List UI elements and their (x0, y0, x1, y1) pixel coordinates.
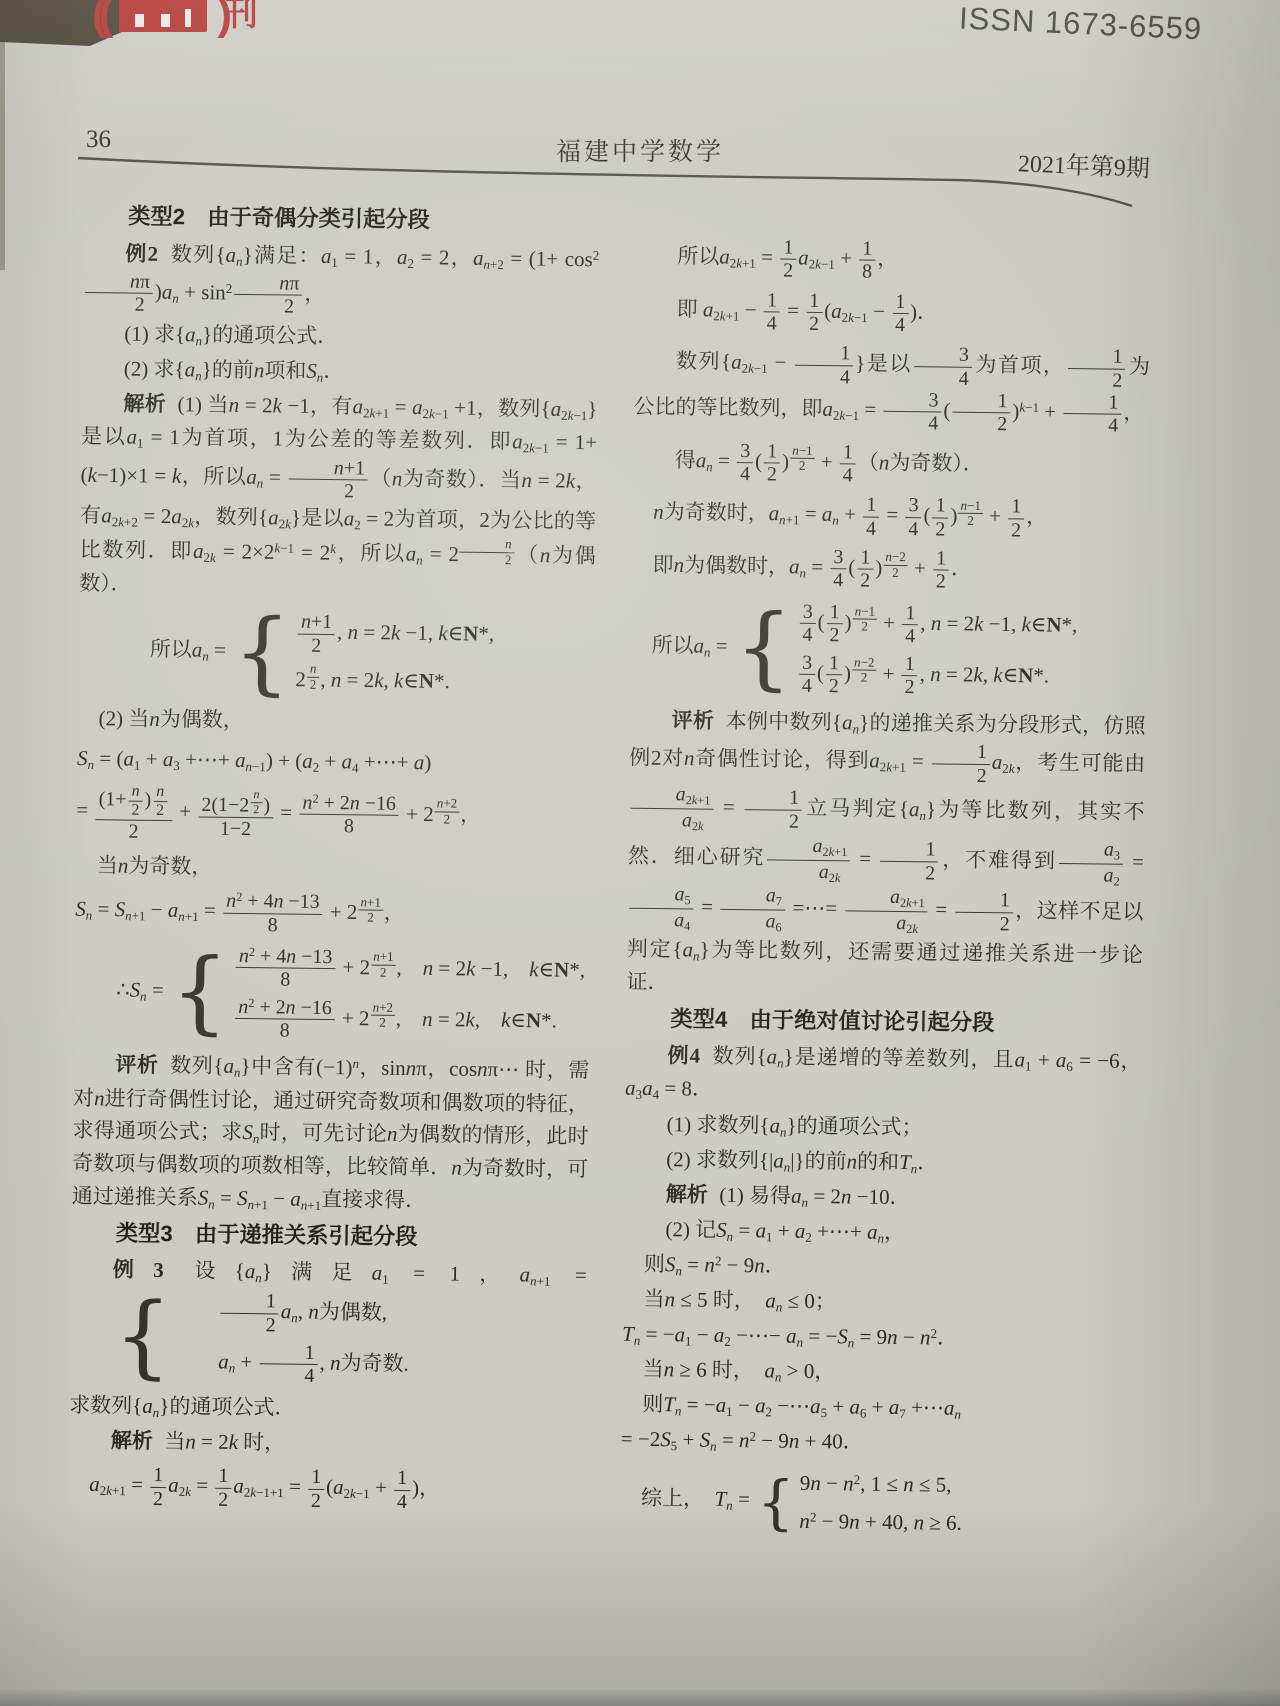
analysis3: 解析当n = 2k 时， (69, 1424, 585, 1463)
two-column-layout: 类型2 由于奇偶分类引起分段例2数列{an}满足：a1 = 1，a2 = 2，a… (68, 196, 1152, 1550)
sn-even-result: = (1+n2)n22 + 2(1−2n2)1−2 = n2 + 2n −168… (76, 782, 593, 848)
tn-ge6-result: = −2S5 + Sn = n2 − 9n + 40． (621, 1423, 1137, 1462)
analysis2: 解析(1) 当n = 2k −1，有a2k+1 = a2k−1 +1，数列{a2… (79, 387, 598, 605)
recurrence-even: a2k+1 = 12a2k = 12a2k−1+1 = 12(a2k−1 + 1… (68, 1463, 585, 1515)
sn-piecewise: ∴Sn = n2 + 4n −138 + 2n+12, n = 2k −1, k… (74, 941, 591, 1048)
type4-heading: 类型4 由于绝对值讨论引起分段 (626, 1002, 1142, 1043)
example4-q1: (1) 求数列{an}的通项公式； (625, 1107, 1141, 1146)
recurrence-shift: 即 a2k+1 − 14 = 12(a2k−1 − 14)． (634, 287, 1151, 339)
an-odd: 得an = 34(12)n−12 + 14（n为奇数）． (633, 438, 1150, 490)
example4-q2: (2) 求数列{|an|}的前n的和Tn． (624, 1142, 1140, 1181)
part2-even-label: (2) 当n为偶数， (77, 702, 593, 741)
sn-expand: Sn = (a1 + a3 +⋯+ an−1) + (a2 + a4 +⋯+ a… (77, 742, 593, 781)
type3-heading: 类型3 由于递推关系引起分段 (71, 1216, 587, 1257)
an-piecewise-2: 所以an = 34(12)n−12 + 14, n = 2k −1, k∈N*,… (630, 597, 1147, 704)
logo-stroke-left: (( (92, 0, 105, 38)
example3-statement: 例3设{an}满足a1 = 1，an+1 = 12an, n为偶数,an + 1… (69, 1253, 587, 1393)
sn-odd: Sn = Sn+1 − an+1 = n2 + 4n −138 + 2n+12， (75, 888, 592, 940)
sn-value: 则Sn = n2 − 9n． (623, 1247, 1139, 1286)
an-piecewise: 所以an = n+12, n = 2k −1, k∈N*,2n2, n = 2k… (78, 606, 595, 701)
logo-hook-mark: 刊 (224, 0, 258, 36)
case-n-ge6: 当n ≥ 6 时， an > 0， (622, 1353, 1138, 1392)
example2-statement: 例2数列{an}满足：a1 = 1，a2 = 2，an+2 = (1+ cos2… (83, 236, 600, 321)
recurrence-odd-result: 所以a2k+1 = 12a2k−1 + 18， (635, 235, 1152, 287)
comment3: 评析本例中数列{an}的递推关系为分段形式，仿照例2对n奇偶性讨论，得到a2k+… (626, 704, 1146, 1005)
example2-q2: (2) 求{an}的前n项和Sn． (82, 352, 598, 391)
issn-label: ISSN 1673-6559 (958, 1, 1203, 48)
odd-to-even: n为奇数时，an+1 = an + 14 = 34(12)n−12 + 12， (632, 491, 1149, 543)
journal-page: (( ) 刊 ISSN 1673-6559 36 福建中学数学 2021年第9期… (0, 0, 1280, 1706)
an-even: 即n为偶数时，an = 34(12)n−22 + 12． (631, 544, 1148, 596)
analysis4-1: 解析(1) 易得an = 2n −10． (624, 1177, 1140, 1216)
tn-ge6-expand: 则Tn = −a1 − a2 −⋯a5 + a6 + a7 +⋯an (621, 1388, 1137, 1427)
right-column: 所以a2k+1 = 12a2k−1 + 18，即 a2k+1 − 14 = 12… (620, 203, 1152, 1550)
case-n-le5: 当n ≤ 5 时， an ≤ 0； (622, 1283, 1138, 1322)
analysis4-2: (2) 记Sn = a1 + a2 +⋯+ an， (623, 1212, 1139, 1251)
logo-stroke-right: ) (217, 0, 224, 38)
tn-le5: Tn = −a1 − a2 −⋯− an = −Sn = 9n − n2． (622, 1318, 1138, 1357)
logo-red-block (119, 0, 207, 32)
odd-case-label: 当n为奇数， (76, 849, 592, 888)
example2-q1: (1) 求{an}的通项公式． (82, 317, 598, 356)
example4-statement: 例4数列{an}是递增的等差数列，且a1 + a6 = −6，a3a4 = 8． (625, 1039, 1142, 1111)
type2-heading: 类型2 由于奇偶分类引起分段 (84, 199, 600, 240)
example3-cont: 求数列{an}的通项公式． (69, 1389, 585, 1428)
geo-seq-para: 数列{a2k−1 − 14}是以34为首项，12为公比的等比数列，即a2k−1 … (633, 340, 1150, 438)
tn-piecewise: 综上， Tn = 9n − n2, 1 ≤ n ≤ 5,n2 − 9n + 40… (620, 1463, 1137, 1543)
journal-logo: (( ) 刊 (92, 0, 258, 42)
photo-bottom-shadow (0, 1690, 1280, 1706)
comment2: 评析数列{an}中含有(−1)n，sinnπ，cosnπ⋯ 时，需对n进行奇偶性… (72, 1048, 590, 1219)
left-column: 类型2 由于奇偶分类引起分段例2数列{an}满足：a1 = 1，a2 = 2，a… (68, 196, 600, 1543)
